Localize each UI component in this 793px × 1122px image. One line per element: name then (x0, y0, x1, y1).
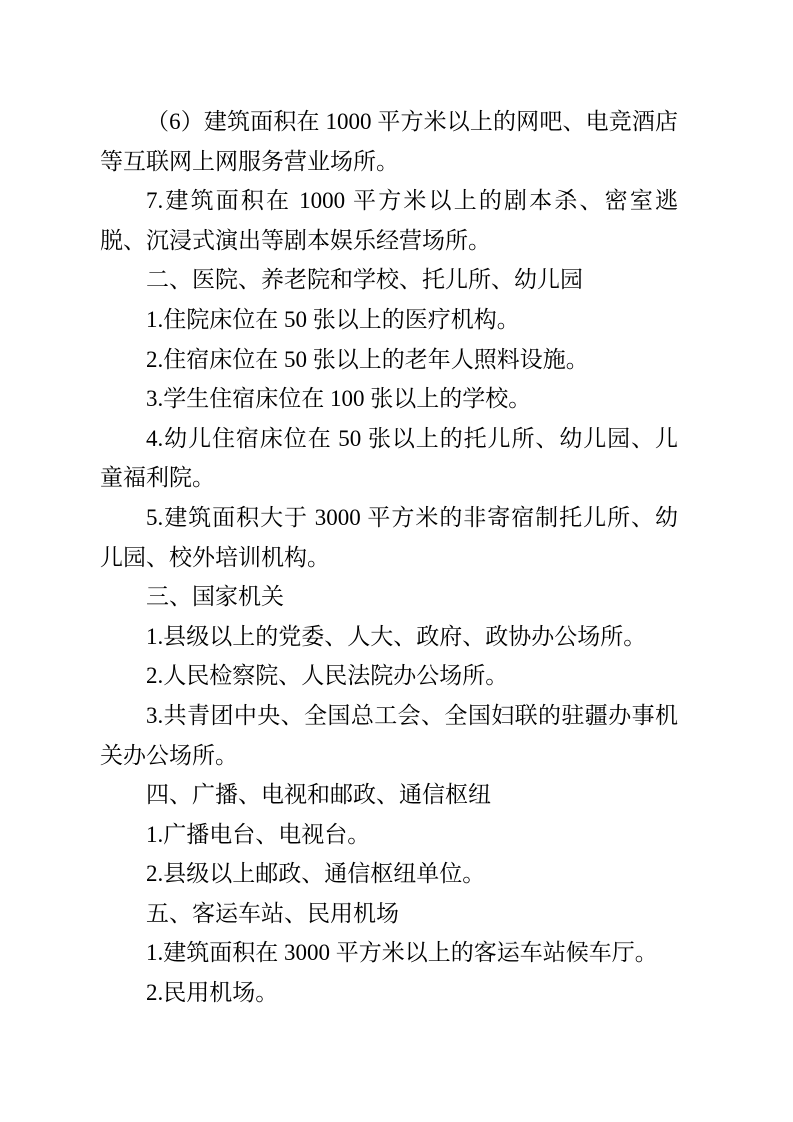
paragraph: 1.住院床位在 50 张以上的医疗机构。 (100, 300, 678, 340)
section-heading: 三、国家机关 (100, 577, 678, 617)
section-heading: 五、客运车站、民用机场 (100, 894, 678, 934)
paragraph: 3.学生住宿床位在 100 张以上的学校。 (100, 379, 678, 419)
paragraph: 2.人民检察院、人民法院办公场所。 (100, 656, 678, 696)
paragraph: 2.住宿床位在 50 张以上的老年人照料设施。 (100, 340, 678, 380)
paragraph: 5.建筑面积大于 3000 平方米的非寄宿制托儿所、幼儿园、校外培训机构。 (100, 498, 678, 577)
document-page: （6）建筑面积在 1000 平方米以上的网吧、电竞酒店等互联网上网服务营业场所。… (0, 0, 793, 1122)
document-body: （6）建筑面积在 1000 平方米以上的网吧、电竞酒店等互联网上网服务营业场所。… (100, 102, 678, 1013)
paragraph: 1.广播电台、电视台。 (100, 815, 678, 855)
paragraph: 3.共青团中央、全国总工会、全国妇联的驻疆办事机关办公场所。 (100, 696, 678, 775)
paragraph: 1.建筑面积在 3000 平方米以上的客运车站候车厅。 (100, 933, 678, 973)
paragraph: 4.幼儿住宿床位在 50 张以上的托儿所、幼儿园、儿童福利院。 (100, 419, 678, 498)
paragraph: 7.建筑面积在 1000 平方米以上的剧本杀、密室逃脱、沉浸式演出等剧本娱乐经营… (100, 181, 678, 260)
paragraph: 1.县级以上的党委、人大、政府、政协办公场所。 (100, 617, 678, 657)
section-heading: 四、广播、电视和邮政、通信枢纽 (100, 775, 678, 815)
section-heading: 二、医院、养老院和学校、托儿所、幼儿园 (100, 260, 678, 300)
paragraph: （6）建筑面积在 1000 平方米以上的网吧、电竞酒店等互联网上网服务营业场所。 (100, 102, 678, 181)
paragraph: 2.民用机场。 (100, 973, 678, 1013)
paragraph: 2.县级以上邮政、通信枢纽单位。 (100, 854, 678, 894)
